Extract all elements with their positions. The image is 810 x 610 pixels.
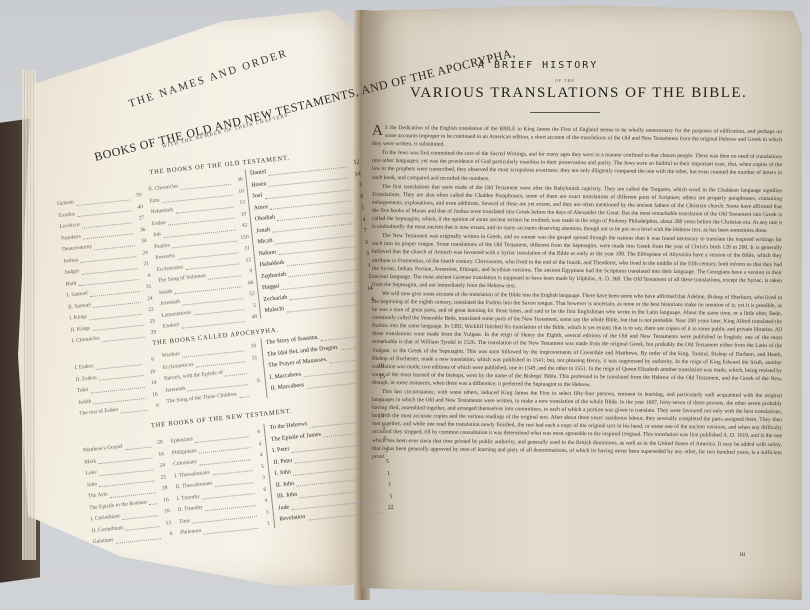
drop-cap: A — [372, 124, 383, 138]
title-rule — [530, 112, 600, 113]
chapter-count: 6 — [162, 529, 173, 541]
book-name: II. Maccabees — [270, 380, 305, 395]
book-name: Job — [153, 229, 162, 241]
new-testament-col-1: Matthew's Gospel28Mark16Luke24John21The … — [83, 437, 173, 548]
chapter-count: 29 — [146, 327, 157, 339]
chapter-count: 22 — [383, 503, 394, 515]
dot-leader — [120, 402, 147, 413]
chapter-count: 48 — [247, 312, 258, 324]
apocrypha-col-3: The Story of Susanna.The Idol Bel, and t… — [265, 326, 385, 395]
old-testament-col-2: II. Chronicles36Ezra10Nehemiah13Esther10… — [148, 175, 258, 334]
paragraph-text: S the Dedication of the English translat… — [372, 125, 782, 148]
book-name: Galatians — [92, 535, 114, 549]
apocrypha-col-2: Wisdom19Ecclesiasticus51Baruch, with the… — [161, 341, 261, 408]
translations-title: VARIOUS TRANSLATIONS OF THE BIBLE. — [410, 85, 747, 102]
page-number: iii — [740, 552, 745, 558]
brief-history-heading: A BRIEF HISTORY — [478, 60, 598, 71]
paragraph-4: The New Testament was originally written… — [372, 232, 782, 293]
apocrypha-col-1: I. Esdras9II. Esdras16Tobit14Judith16The… — [74, 355, 160, 421]
paragraph-2: To the Jews was first committed the care… — [372, 149, 782, 186]
book-name: Revelation — [279, 512, 306, 526]
book-name: Ezekiel — [162, 320, 180, 333]
history-body-text: AS the Dedication of the English transla… — [372, 124, 782, 466]
dot-leader — [149, 496, 157, 505]
dot-leader — [124, 439, 151, 450]
paragraph-1: AS the Dedication of the English transla… — [372, 124, 782, 153]
dot-leader — [340, 339, 370, 351]
dot-leader — [224, 365, 247, 376]
chapter-count — [251, 387, 262, 399]
new-testament-col-2: Ephesians6Philippians4Colossians4I. Thes… — [170, 427, 270, 539]
book-name: Malachi — [264, 304, 285, 317]
chapter-count: 1 — [259, 519, 270, 531]
of-the-label: OF THE — [555, 78, 575, 83]
table-of-books: THE NAMES AND ORDER BOOKS OF THE OLD AND… — [40, 8, 403, 558]
paragraph-5: We will now give some account of the tra… — [372, 290, 782, 391]
chapter-count: 6 — [148, 401, 159, 413]
heading-names-and-order: THE NAMES AND ORDER — [127, 47, 289, 110]
dot-leader — [239, 388, 249, 397]
book-name: Philemon — [180, 526, 202, 540]
book-name: I. Chronicles — [71, 333, 100, 347]
page-edges — [22, 70, 36, 560]
paragraph-3: The first translations that were made of… — [372, 183, 782, 236]
old-testament-col-1: Genesis50Exodus40Leviticus27Numbers36Deu… — [57, 190, 157, 348]
paragraph-6: This last circumstance, with some others… — [372, 388, 782, 465]
old-testament-col-3: Daniel12Hosea14Joel3Amos9Obadiah1Jonah4M… — [250, 157, 375, 317]
